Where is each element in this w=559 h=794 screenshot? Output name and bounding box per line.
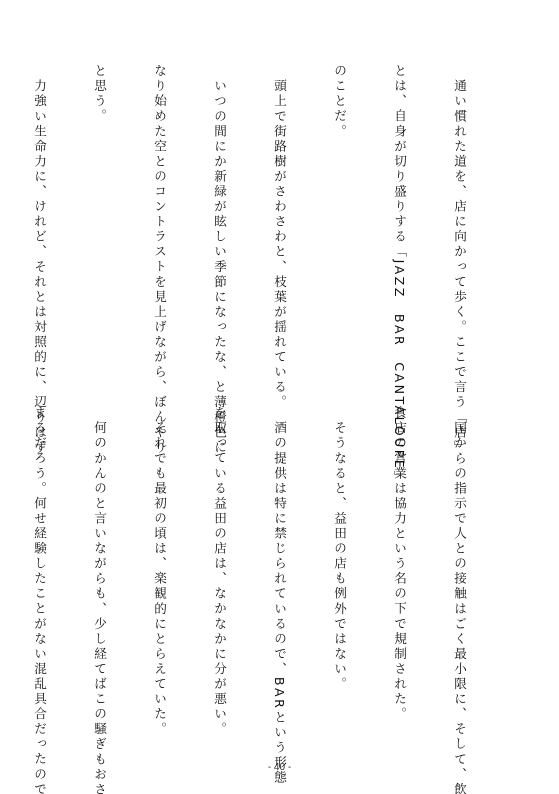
- text-block-upper: 通い慣れた道を、店に向かって歩く。ここで言う「店」 とは、自身が切り盛りする「J…: [77, 64, 497, 394]
- text-line: いつの間にか新緑が眩しい季節になったな、と薄橙色に: [212, 64, 227, 394]
- text-line: なり始めた空とのコントラストを見上げながら、ぼんやり: [152, 64, 167, 394]
- text-line: 通い慣れた道を、店に向かって歩く。ここで言う「店」: [452, 64, 467, 394]
- text-line: を取っている益田の店は、なかなかに分が悪い。: [212, 406, 227, 736]
- text-line: 酒の提供は特に禁じられているので、BARという形態: [272, 406, 287, 736]
- text-line: とは、自身が切り盛りする「JAZZ BAR CANTALOUPE」: [392, 64, 407, 394]
- text-line: それでも最初の頃は、楽観的にとらえていた。: [152, 406, 167, 736]
- text-line: 頭上で街路樹がさわさわと、枝葉が揺れている。: [272, 64, 287, 394]
- text-line: そうなると、益田の店も例外ではない。: [332, 406, 347, 736]
- text-line: 食店の営業は協力という名の下で規制された。: [392, 406, 407, 736]
- text-line: 国からの指示で人との接触はごく最小限に、そして、飲: [452, 406, 467, 736]
- text-line: のことだ。: [332, 64, 347, 394]
- text-block-lower: 国からの指示で人との接触はごく最小限に、そして、飲 食店の営業は協力という名の下…: [57, 406, 497, 736]
- page-number: - 40 -: [0, 762, 559, 773]
- novel-page: 通い慣れた道を、店に向かって歩く。ここで言う「店」 とは、自身が切り盛りする「J…: [0, 0, 559, 794]
- text-line: 力強い生命力に、けれど、それとは対照的に、辺りはず: [32, 64, 47, 394]
- text-line: まるだろう。何せ経験したことがない混乱具合だったので、: [32, 406, 47, 736]
- text-line: と思う。: [92, 64, 107, 394]
- text-line: 何のかんのと言いながらも、少し経てばこの騒ぎもおさ: [92, 406, 107, 736]
